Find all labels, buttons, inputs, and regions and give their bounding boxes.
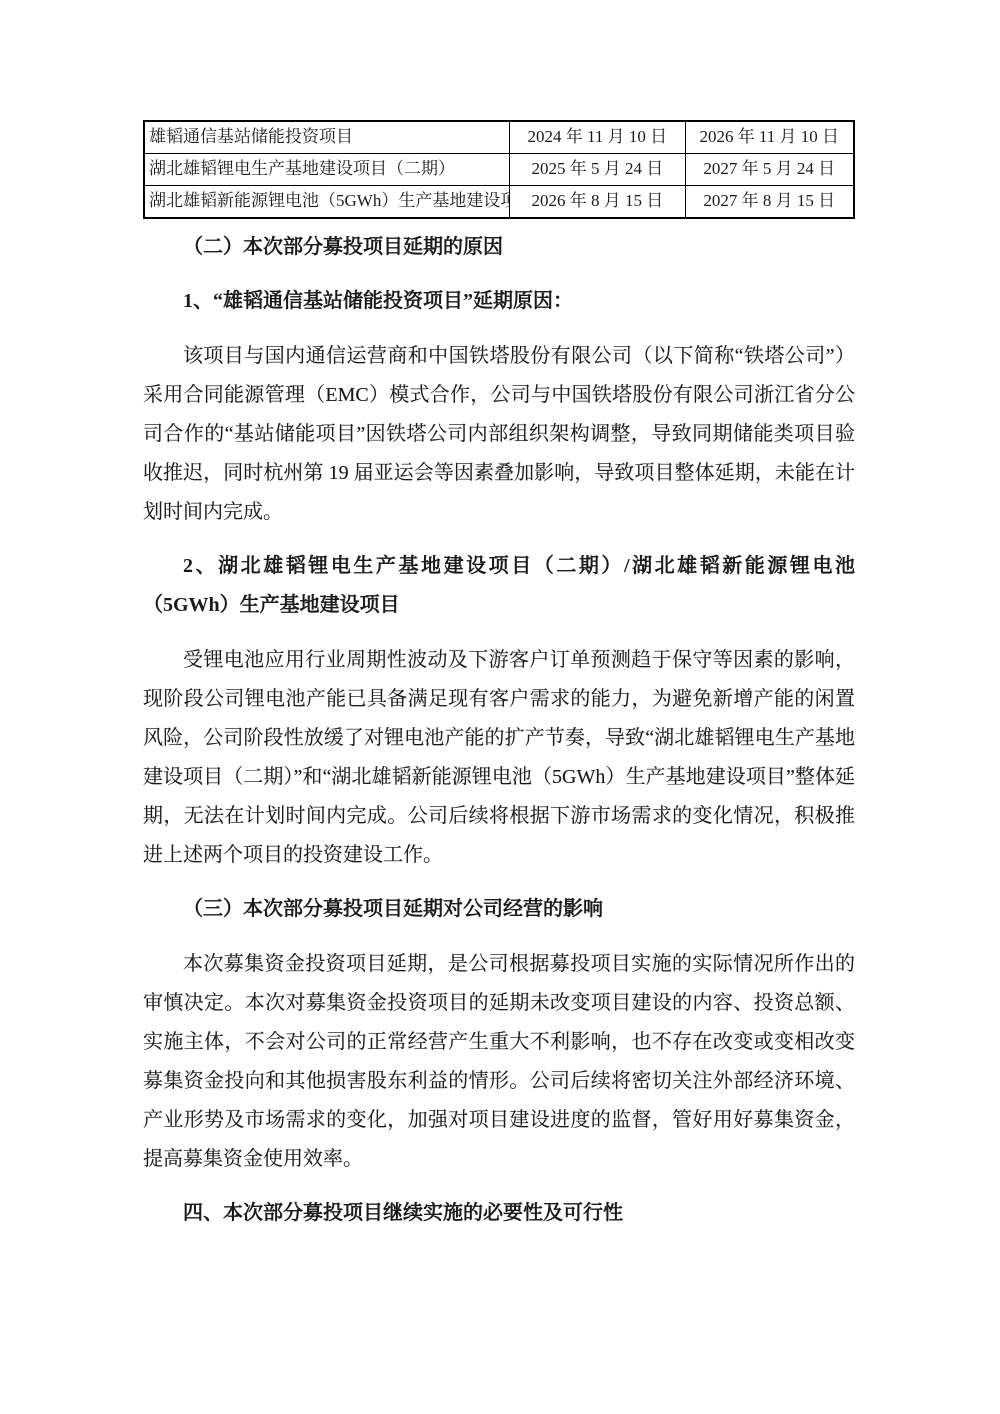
paragraph-project2-reason: 受锂电池应用行业周期性波动及下游客户订单预测趋于保守等因素的影响，现阶段公司锂电… <box>143 641 855 875</box>
table-row: 湖北雄韬锂电生产基地建设项目（二期） 2025 年 5 月 24 日 2027 … <box>144 154 854 186</box>
original-completion-date-cell: 2025 年 5 月 24 日 <box>510 154 685 186</box>
project-delay-schedule-table: 雄韬通信基站储能投资项目 2024 年 11 月 10 日 2026 年 11 … <box>143 120 855 219</box>
document-page: 雄韬通信基站储能投资项目 2024 年 11 月 10 日 2026 年 11 … <box>0 0 1000 1414</box>
project-name-cell: 雄韬通信基站储能投资项目 <box>144 121 510 154</box>
document-content: 雄韬通信基站储能投资项目 2024 年 11 月 10 日 2026 年 11 … <box>143 120 855 1233</box>
project-name-cell: 湖北雄韬锂电生产基地建设项目（二期） <box>144 154 510 186</box>
subsection-heading-project2-reason: 2、湖北雄韬锂电生产基地建设项目（二期）/湖北雄韬新能源锂电池（5GWh）生产基… <box>143 547 855 625</box>
section-heading-necessity-feasibility: 四、本次部分募投项目继续实施的必要性及可行性 <box>143 1194 855 1233</box>
paragraph-project1-reason: 该项目与国内通信运营商和中国铁塔股份有限公司（以下简称“铁塔公司”）采用合同能源… <box>143 337 855 532</box>
section-heading-operation-impact: （三）本次部分募投项目延期对公司经营的影响 <box>143 890 855 929</box>
original-completion-date-cell: 2024 年 11 月 10 日 <box>510 121 685 154</box>
paragraph-operation-impact: 本次募集资金投资项目延期，是公司根据募投项目实施的实际情况所作出的审慎决定。本次… <box>143 945 855 1179</box>
extended-completion-date-cell: 2027 年 8 月 15 日 <box>685 186 854 219</box>
table-row: 雄韬通信基站储能投资项目 2024 年 11 月 10 日 2026 年 11 … <box>144 121 854 154</box>
extended-completion-date-cell: 2026 年 11 月 10 日 <box>685 121 854 154</box>
subsection-heading-project1-reason: 1、“雄韬通信基站储能投资项目”延期原因： <box>143 282 855 321</box>
original-completion-date-cell: 2026 年 8 月 15 日 <box>510 186 685 219</box>
extended-completion-date-cell: 2027 年 5 月 24 日 <box>685 154 854 186</box>
section-heading-delay-reason: （二）本次部分募投项目延期的原因 <box>143 228 855 267</box>
project-name-cell: 湖北雄韬新能源锂电池（5GWh）生产基地建设项目 <box>144 186 510 219</box>
table-row: 湖北雄韬新能源锂电池（5GWh）生产基地建设项目 2026 年 8 月 15 日… <box>144 186 854 219</box>
